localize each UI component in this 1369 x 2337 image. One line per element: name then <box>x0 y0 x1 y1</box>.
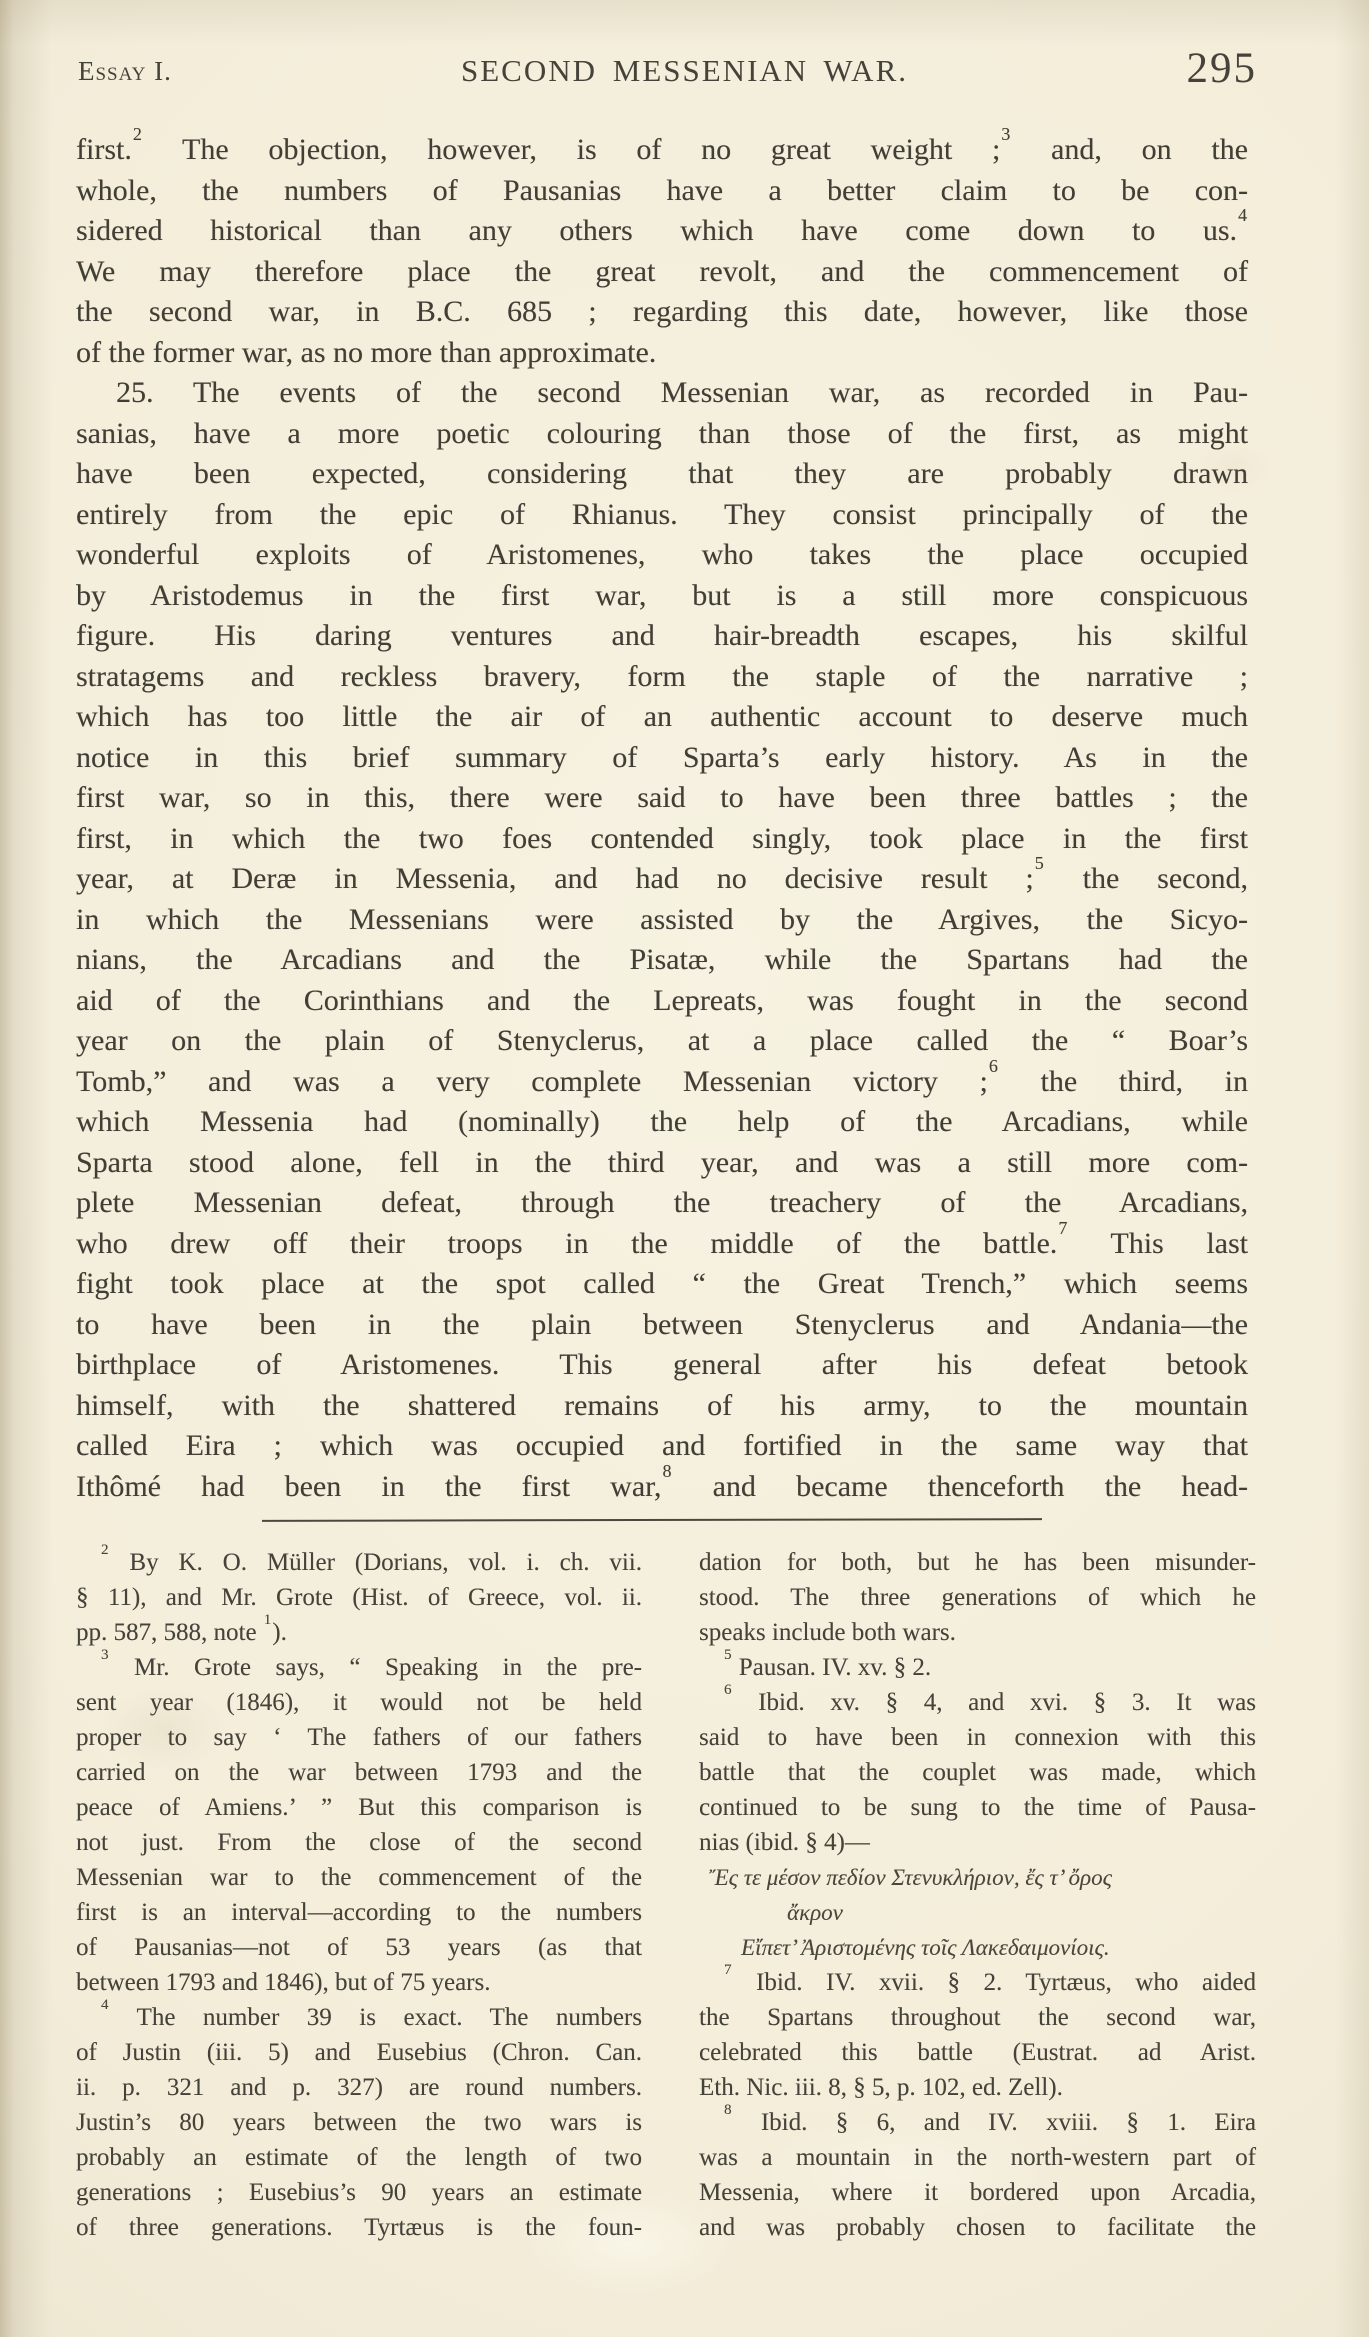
footnote-line: battle that the couplet was made, which <box>699 1755 1256 1790</box>
body-line: year on the plain of Stenyclerus, at a p… <box>76 1021 1248 1062</box>
footnote-line: ἄκρον <box>699 1895 1256 1930</box>
footnote-line: of Pausanias—not of 53 years (as that <box>76 1930 642 1965</box>
footnote-line: of Justin (iii. 5) and Eusebius (Chron. … <box>76 2035 642 2070</box>
body-line: stratagems and reckless bravery, form th… <box>76 657 1248 698</box>
footnote-line: proper to say ‘ The fathers of our fathe… <box>76 1720 642 1755</box>
footnote-line: Messenia, where it bordered upon Arcadia… <box>699 2175 1256 2210</box>
body-line: sanias, have a more poetic colouring tha… <box>76 414 1248 455</box>
footnote-line: and was probably chosen to facilitate th… <box>699 2210 1256 2245</box>
body-line: birthplace of Aristomenes. This general … <box>76 1345 1248 1386</box>
footnote-line: § 11), and Mr. Grote (Hist. of Greece, v… <box>76 1580 642 1615</box>
footnote-line: nias (ibid. § 4)— <box>699 1825 1256 1860</box>
page-number: 295 <box>1187 44 1258 93</box>
body-line: year, at Deræ in Messenia, and had no de… <box>76 859 1248 900</box>
body-line: wonderful exploits of Aristomenes, who t… <box>76 535 1248 576</box>
footnote-line: not just. From the close of the second <box>76 1825 642 1860</box>
body-line: have been expected, considering that the… <box>76 454 1248 495</box>
body-line: which Messenia had (nominally) the help … <box>76 1102 1248 1143</box>
body-line: of the former war, as no more than appro… <box>76 333 1248 374</box>
body-line: Ithômé had been in the first war,8 and b… <box>76 1467 1248 1508</box>
footnote-line: said to have been in connexion with this <box>699 1720 1256 1755</box>
footnote-line: carried on the war between 1793 and the <box>76 1755 642 1790</box>
body-line: first, in which the two foes contended s… <box>76 819 1248 860</box>
footnote-line: 3 Mr. Grote says, “ Speaking in the pre- <box>76 1650 642 1685</box>
footnote-line: between 1793 and 1846), but of 75 years. <box>76 1965 642 2000</box>
footnote-line: Εἴπετ’ Ἀριστομένης τοῖς Λακεδαιμονίοις. <box>699 1930 1256 1965</box>
footnote-left-column: 2 By K. O. Müller (Dorians, vol. i. ch. … <box>76 1545 642 2245</box>
body-line: fight took place at the spot called “ th… <box>76 1264 1248 1305</box>
body-line: 25. The events of the second Messenian w… <box>76 373 1248 414</box>
body-line: nians, the Arcadians and the Pisatæ, whi… <box>76 940 1248 981</box>
footnote-line: generations ; Eusebius’s 90 years an est… <box>76 2175 642 2210</box>
footnote-line: peace of Amiens.’ ” But this comparison … <box>76 1790 642 1825</box>
footnote-line: was a mountain in the north-western part… <box>699 2140 1256 2175</box>
footnote-line: 4 The number 39 is exact. The numbers <box>76 2000 642 2035</box>
running-title-chapter: SECOND MESSENIAN WAR. <box>0 53 1369 89</box>
footnote-line: first is an interval—according to the nu… <box>76 1895 642 1930</box>
footnote-line: 2 By K. O. Müller (Dorians, vol. i. ch. … <box>76 1545 642 1580</box>
footnote-line: celebrated this battle (Eustrat. ad Aris… <box>699 2035 1256 2070</box>
footnote-line: ii. p. 321 and p. 327) are round numbers… <box>76 2070 642 2105</box>
body-line: by Aristodemus in the first war, but is … <box>76 576 1248 617</box>
body-line: first war, so in this, there were said t… <box>76 778 1248 819</box>
footnote-right-column: dation for both, but he has been misunde… <box>699 1545 1256 2245</box>
footnote-line: sent year (1846), it would not be held <box>76 1685 642 1720</box>
footnote-line: pp. 587, 588, note 1). <box>76 1615 642 1650</box>
body-line: to have been in the plain between Stenyc… <box>76 1305 1248 1346</box>
body-line: who drew off their troops in the middle … <box>76 1224 1248 1265</box>
footnote-line: Messenian war to the commencement of the <box>76 1860 642 1895</box>
footnote-line: speaks include both wars. <box>699 1615 1256 1650</box>
body-line: aid of the Corinthians and the Lepreats,… <box>76 981 1248 1022</box>
body-line: We may therefore place the great revolt,… <box>76 252 1248 293</box>
body-line: in which the Messenians were assisted by… <box>76 900 1248 941</box>
body-line: whole, the numbers of Pausanias have a b… <box>76 171 1248 212</box>
footnote-line: 8 Ibid. § 6, and IV. xviii. § 1. Eira <box>699 2105 1256 2140</box>
body-text: first.2 The objection, however, is of no… <box>76 130 1248 1507</box>
body-line: himself, with the shattered remains of h… <box>76 1386 1248 1427</box>
footnote-line: 5 Pausan. IV. xv. § 2. <box>699 1650 1256 1685</box>
footnote-line: stood. The three generations of which he <box>699 1580 1256 1615</box>
footnote-line: 6 Ibid. xv. § 4, and xvi. § 3. It was <box>699 1685 1256 1720</box>
footnote-line: dation for both, but he has been misunde… <box>699 1545 1256 1580</box>
footnote-line: Eth. Nic. iii. 8, § 5, p. 102, ed. Zell)… <box>699 2070 1256 2105</box>
body-line: sidered historical than any others which… <box>76 211 1248 252</box>
body-line: the second war, in B.C. 685 ; regarding … <box>76 292 1248 333</box>
body-line: notice in this brief summary of Sparta’s… <box>76 738 1248 779</box>
body-line: Sparta stood alone, fell in the third ye… <box>76 1143 1248 1184</box>
body-line: entirely from the epic of Rhianus. They … <box>76 495 1248 536</box>
footnote-line: Justin’s 80 years between the two wars i… <box>76 2105 642 2140</box>
body-line: figure. His daring ventures and hair-bre… <box>76 616 1248 657</box>
footnote-line: continued to be sung to the time of Paus… <box>699 1790 1256 1825</box>
footnote-line: Ἔς τε μέσον πεδίον Στενυκλήριον, ἔς τ’ ὄ… <box>699 1860 1256 1895</box>
footnote-line: the Spartans throughout the second war, <box>699 2000 1256 2035</box>
body-line: first.2 The objection, however, is of no… <box>76 130 1248 171</box>
body-line: Tomb,” and was a very complete Messenian… <box>76 1062 1248 1103</box>
body-line: plete Messenian defeat, through the trea… <box>76 1183 1248 1224</box>
footnote-line: 7 Ibid. IV. xvii. § 2. Tyrtæus, who aide… <box>699 1965 1256 2000</box>
body-line: which has too little the air of an authe… <box>76 697 1248 738</box>
footnote-line: of three generations. Tyrtæus is the fou… <box>76 2210 642 2245</box>
footnote-line: probably an estimate of the length of tw… <box>76 2140 642 2175</box>
